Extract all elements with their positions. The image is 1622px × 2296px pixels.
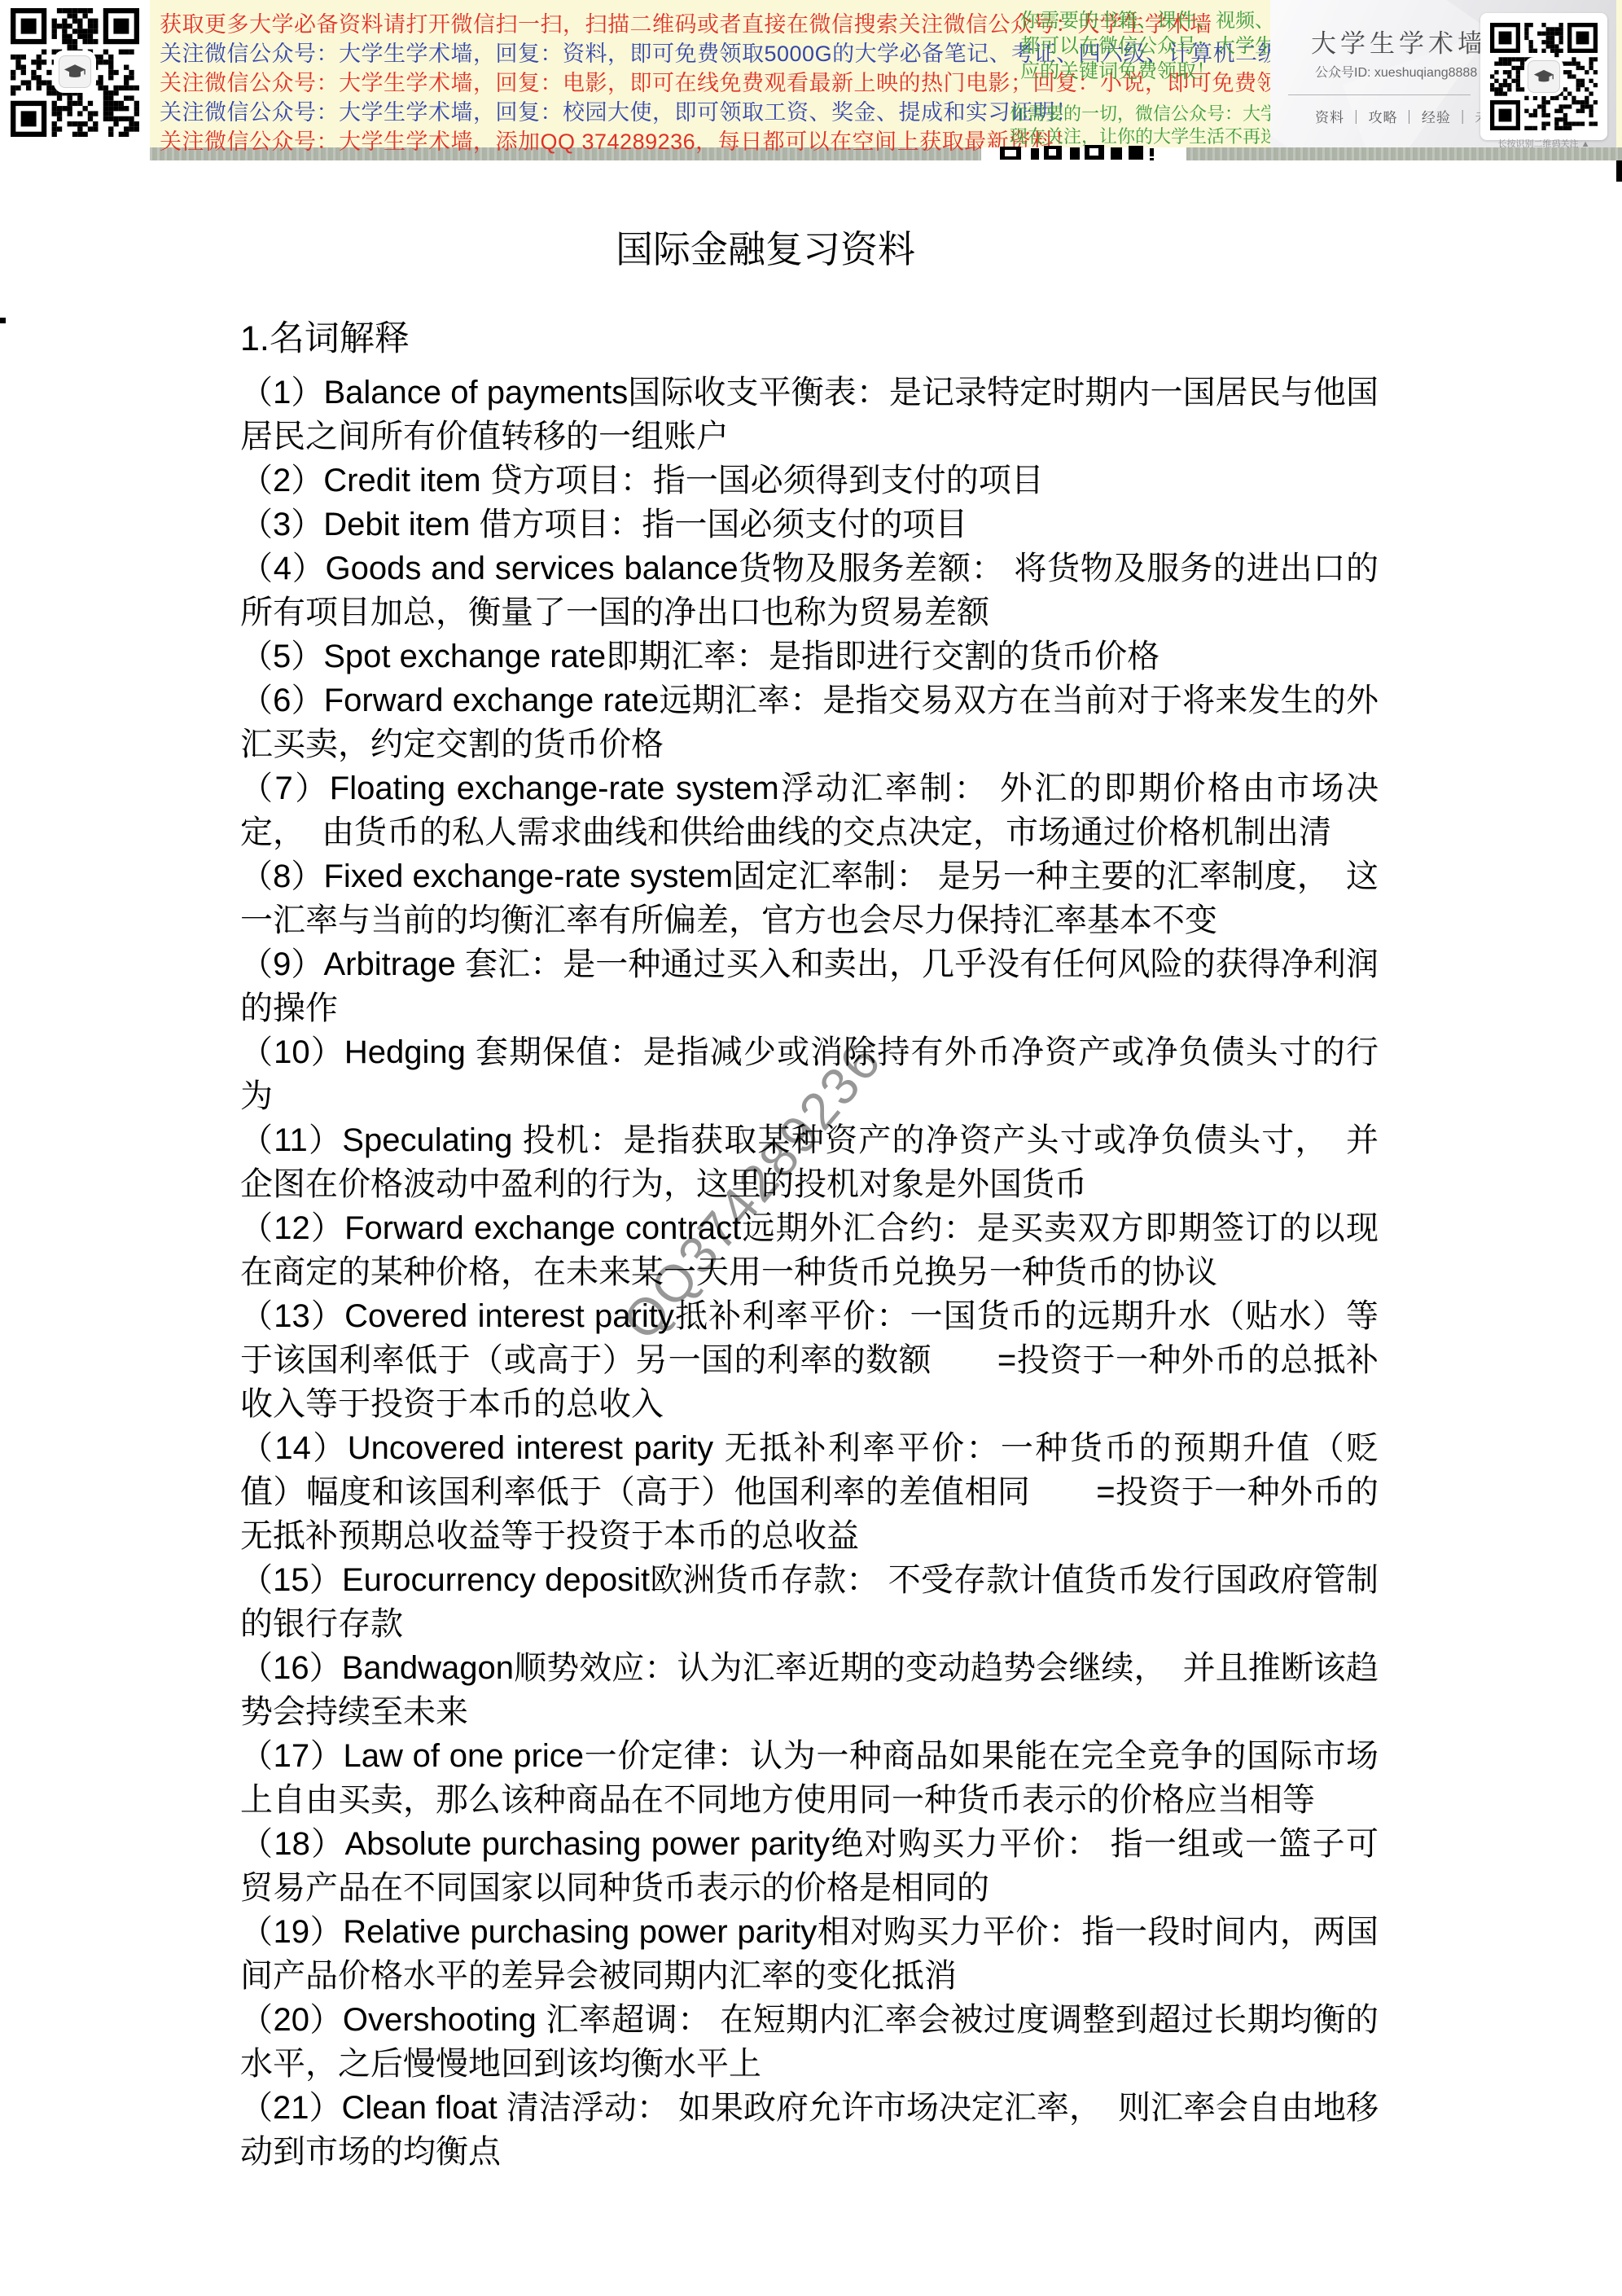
definition-item: （2）Credit item 贷方项目：指一国必须得到支付的项目	[240, 459, 1379, 503]
definition-item: （20）Overshooting 汇率超调： 在短期内汇率会被过度调整到超过长期…	[240, 1998, 1379, 2086]
qr-center-logo	[55, 52, 94, 91]
definition-item: （9）Arbitrage 套汇：是一种通过买入和卖出，几乎没有任何风险的获得净利…	[240, 942, 1379, 1030]
scan-artifact	[0, 318, 6, 323]
promo-banner: 获取更多大学必备资料请打开微信扫一扫，扫描二维码或者直接在微信搜索关注微信公众号…	[0, 0, 1622, 147]
right-qr-panel	[1480, 13, 1607, 140]
definition-item: （14）Uncovered interest parity 无抵补利率平价：一种…	[240, 1426, 1379, 1558]
scanned-document-page: 获取更多大学必备资料请打开微信扫一扫，扫描二维码或者直接在微信搜索关注微信公众号…	[0, 0, 1622, 2296]
definition-item: （5）Spot exchange rate即期汇率：是指即进行交割的货币价格	[240, 634, 1379, 678]
card-title: 大学生学术墙	[1311, 23, 1487, 59]
definition-item: （8）Fixed exchange-rate system固定汇率制： 是另一种…	[240, 854, 1379, 942]
definition-item: （4）Goods and services balance货物及服务差额： 将货…	[240, 547, 1379, 634]
definition-item: （18）Absolute purchasing power parity绝对购买…	[240, 1822, 1379, 1910]
doc-title: 国际金融复习资料	[0, 220, 1622, 274]
section-heading: 1.名词解释	[240, 311, 410, 361]
definition-item: （17）Law of one price一价定律：认为一种商品如果能在完全竞争的…	[240, 1734, 1379, 1822]
definition-item: （11）Speculating 投机：是指获取某种资产的净资产头寸或净负债头寸，…	[240, 1118, 1379, 1206]
account-card: 大学生学术墙 公众号ID: xueshuqiang8888 资料 ｜ 攻略 ｜ …	[1270, 0, 1616, 147]
graduation-cap-icon	[59, 55, 91, 88]
definition-item: （7）Floating exchange-rate system浮动汇率制： 外…	[240, 766, 1379, 854]
account-id: 公众号ID: xueshuqiang8888	[1315, 62, 1477, 81]
definition-item: （6）Forward exchange rate远期汇率：是指交易双方在当前对于…	[240, 678, 1379, 766]
definition-item: （16）Bandwagon顺势效应：认为汇率近期的变动趋势会继续， 并且推断该趋…	[240, 1646, 1379, 1734]
scan-artifact	[1616, 160, 1622, 182]
definition-item: （15）Eurocurrency deposit欧洲货币存款： 不受存款计值货币…	[240, 1558, 1379, 1646]
definition-item: （1）Balance of payments国际收支平衡表：是记录特定时期内一国…	[240, 371, 1379, 459]
card-tags: 资料 ｜ 攻略 ｜ 经验 ｜ 未来	[1315, 106, 1504, 126]
qr-caption: 长按识别二维码关注 ▲	[1480, 137, 1607, 147]
graduation-cap-icon	[1528, 60, 1560, 93]
left-qr-panel	[0, 0, 150, 160]
card-divider	[1288, 94, 1471, 95]
definition-item: （10）Hedging 套期保值：是指减少或消除持有外币净资产或净负债头寸的行为	[240, 1030, 1379, 1118]
torn-text-fragments	[1000, 145, 1179, 161]
definition-item: （19）Relative purchasing power parity相对购买…	[240, 1910, 1379, 1998]
definition-item: （13）Covered interest parity抵补利率平价：一国货币的远…	[240, 1294, 1379, 1426]
definitions-list: （1）Balance of payments国际收支平衡表：是记录特定时期内一国…	[240, 371, 1379, 2174]
definition-item: （3）Debit item 借方项目：指一国必须支付的项目	[240, 503, 1379, 547]
qr-center-logo	[1526, 59, 1562, 94]
definition-item: （12）Forward exchange contract远期外汇合约：是买卖双…	[240, 1206, 1379, 1294]
definition-item: （21）Clean float 清洁浮动： 如果政府允许市场决定汇率， 则汇率会…	[240, 2086, 1379, 2174]
